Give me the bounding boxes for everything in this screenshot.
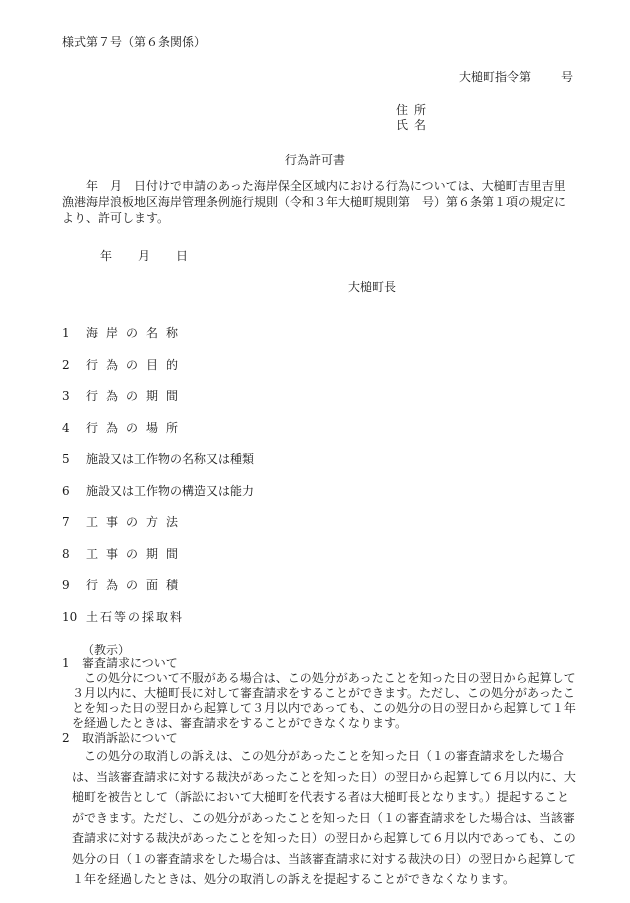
item-number: 1 xyxy=(62,325,86,341)
item-number: 6 xyxy=(62,483,86,499)
item-number: 2 xyxy=(62,357,86,373)
item-number: 10 xyxy=(62,609,86,625)
permit-number-suffix: 号 xyxy=(561,70,573,84)
item-label: 行為の期間 xyxy=(86,389,186,403)
item-number: 4 xyxy=(62,420,86,436)
section-number: 2 xyxy=(62,731,82,746)
section-title: 取消訴訟について xyxy=(82,731,178,745)
permit-number-prefix: 大槌町指令第 xyxy=(459,70,531,84)
item-number: 8 xyxy=(62,546,86,562)
document-title: 行為許可書 xyxy=(0,152,630,168)
item-label: 行為の場所 xyxy=(86,421,186,435)
notice-section: 1審査請求について この処分について不服がある場合は、この処分があったことを知っ… xyxy=(62,656,578,890)
permit-item: 8工事の期間 xyxy=(62,546,186,562)
permit-item: 5施設又は工作物の名称又は種類 xyxy=(62,451,254,467)
permit-item: 1海岸の名称 xyxy=(62,325,186,341)
name-field: 氏名 xyxy=(396,117,432,133)
item-label: 行為の目的 xyxy=(86,358,186,372)
item-label: 行為の面積 xyxy=(86,578,186,592)
issuer-name: 大槌町長 xyxy=(348,279,396,295)
permit-number: 大槌町指令第号 xyxy=(459,69,573,85)
notice-section-text: この処分の取消しの訴えは、この処分があったことを知った日（１の審査請求をした場合… xyxy=(62,746,578,890)
item-label: 海岸の名称 xyxy=(86,326,186,340)
address-label: 住所 xyxy=(396,102,432,118)
section-title: 審査請求について xyxy=(82,656,178,670)
permit-item: 3行為の期間 xyxy=(62,388,186,404)
permit-item: 2行為の目的 xyxy=(62,357,186,373)
permit-item: 9行為の面積 xyxy=(62,577,186,593)
form-number: 様式第７号（第６条関係） xyxy=(62,34,206,50)
item-label: 土石等の採取料 xyxy=(86,610,184,624)
notice-section-title: 2取消訴訟について xyxy=(62,731,578,746)
date-month: 月 xyxy=(138,248,176,264)
notice-section-title: 1審査請求について xyxy=(62,656,578,671)
item-number: 5 xyxy=(62,451,86,467)
item-number: 3 xyxy=(62,388,86,404)
item-label: 施設又は工作物の名称又は種類 xyxy=(86,452,254,466)
date-day: 日 xyxy=(176,248,214,264)
permit-item: 6施設又は工作物の構造又は能力 xyxy=(62,483,254,499)
section-number: 1 xyxy=(62,656,82,671)
item-number: 9 xyxy=(62,577,86,593)
permit-body-text: 年 月 日付けで申請のあった海岸保全区域内における行為については、大槌町吉里吉里… xyxy=(62,178,572,226)
item-number: 7 xyxy=(62,514,86,530)
permit-item: 7工事の方法 xyxy=(62,514,186,530)
item-label: 工事の方法 xyxy=(86,515,186,529)
item-label: 工事の期間 xyxy=(86,547,186,561)
date-year: 年 xyxy=(100,248,138,264)
permit-item: 10土石等の採取料 xyxy=(62,609,184,625)
notice-section-text: この処分について不服がある場合は、この処分があったことを知った日の翌日から起算し… xyxy=(62,671,578,731)
item-label: 施設又は工作物の構造又は能力 xyxy=(86,484,254,498)
permit-item: 4行為の場所 xyxy=(62,420,186,436)
issue-date: 年月日 xyxy=(100,248,214,264)
name-label: 氏名 xyxy=(396,118,432,132)
address-field: 住所 xyxy=(396,102,432,118)
